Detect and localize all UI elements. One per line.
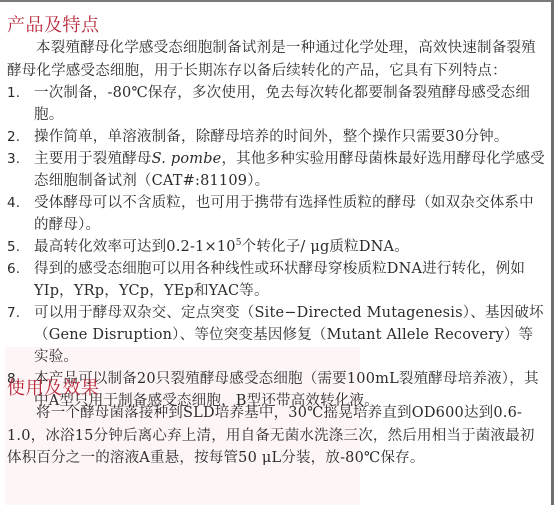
document-frame: 产品及特点 本裂殖酵母化学感受态细胞制备试剂是一种通过化学处理，高效快速制备裂殖…: [0, 0, 554, 505]
list-text: 主要用于裂殖酵母: [34, 151, 152, 167]
list-item: 6. 得到的感受态细胞可以用各种线性或环状酵母穿梭质粒DNA进行转化，例如YIp…: [7, 258, 547, 302]
species-name: S. pombe: [152, 151, 222, 167]
list-text: 操作简单，单溶液制备，除酵母培养的时间外，整个操作只需要30分钟。: [34, 129, 509, 145]
list-text: 最高转化效率可达到0.2-1×10: [34, 239, 236, 255]
list-number: 1.: [7, 82, 20, 104]
section-title-usage: 使用及效果: [7, 374, 100, 400]
list-item: 1. 一次制备，-80℃保存，多次使用，免去每次转化都要制备裂殖酵母感受态细胞。: [7, 82, 547, 126]
list-number: 5.: [7, 236, 20, 258]
list-item: 7. 可以用于酵母双杂交、定点突变（Site−Directed Mutagene…: [7, 302, 547, 368]
list-text: 可以用于酵母双杂交、定点突变（Site−Directed Mutagenesis…: [34, 305, 544, 365]
list-text: 受体酵母可以不含质粒，也可用于携带有选择性质粒的酵母（如双杂交体系中的酵母）。: [34, 195, 534, 233]
intro-paragraph: 本裂殖酵母化学感受态细胞制备试剂是一种通过化学处理，高效快速制备裂殖酵母化学感受…: [7, 37, 542, 82]
list-text: 一次制备，-80℃保存，多次使用，免去每次转化都要制备裂殖酵母感受态细胞。: [34, 85, 530, 123]
list-item: 3. 主要用于裂殖酵母S. pombe，其他多种实验用酵母菌株最好选用酵母化学感…: [7, 148, 547, 192]
list-item: 5. 最高转化效率可达到0.2-1×105个转化子/ μg质粒DNA。: [7, 236, 547, 258]
usage-paragraph: 将一个酵母菌落接种到SLD培养基中，30℃摇晃培养直到OD600达到0.6-1.…: [7, 402, 542, 470]
list-number: 2.: [7, 126, 20, 148]
list-text: 得到的感受态细胞可以用各种线性或环状酵母穿梭质粒DNA进行转化，例如YIp，YR…: [34, 261, 525, 299]
list-number: 4.: [7, 192, 20, 214]
list-item: 2. 操作简单，单溶液制备，除酵母培养的时间外，整个操作只需要30分钟。: [7, 126, 547, 148]
feature-list: 1. 一次制备，-80℃保存，多次使用，免去每次转化都要制备裂殖酵母感受态细胞。…: [7, 82, 547, 412]
list-number: 6.: [7, 258, 20, 280]
list-number: 3.: [7, 148, 20, 170]
list-item: 4. 受体酵母可以不含质粒，也可用于携带有选择性质粒的酵母（如双杂交体系中的酵母…: [7, 192, 547, 236]
list-text: 个转化子/ μg质粒DNA。: [242, 239, 409, 255]
section-title-features: 产品及特点: [7, 11, 100, 37]
list-number: 7.: [7, 302, 20, 324]
